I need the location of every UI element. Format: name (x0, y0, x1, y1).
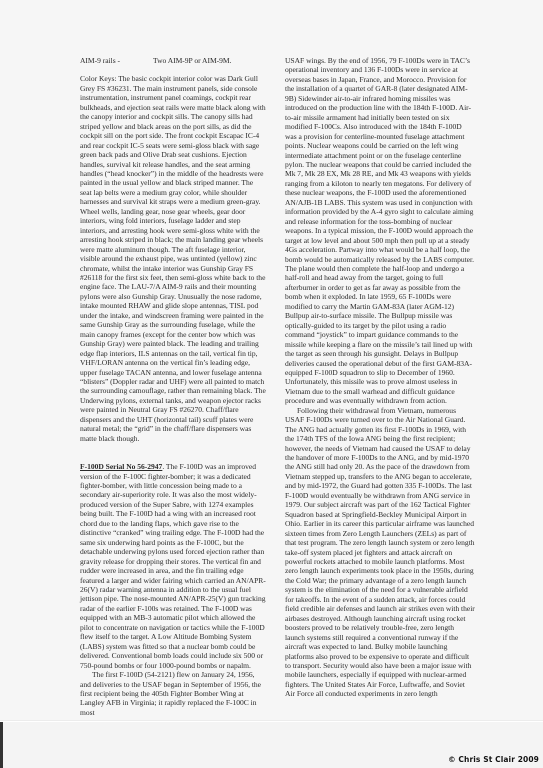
copyright-watermark: © Chris St Clair 2009 (448, 755, 539, 764)
page-left-edge (0, 722, 3, 768)
left-column: AIM-9 rails - Two AIM-9P or AIM-9M. Colo… (80, 56, 266, 717)
right-column: USAF wings. By the end of 1956, 79 F-100… (285, 56, 475, 699)
color-keys-paragraph: Color Keys: The basic cockpit interior c… (80, 74, 266, 443)
usaf-wings-paragraph: USAF wings. By the end of 1956, 79 F-100… (285, 56, 475, 406)
first-flight-paragraph: The first F-100D (54-2121) flew on Janua… (80, 670, 266, 717)
ang-paragraph: Following their withdrawal from Vietnam,… (285, 406, 475, 699)
serial-body: . The F-100D was an improved version of … (80, 462, 266, 670)
spec-label: AIM-9 rails - (80, 56, 153, 65)
scanned-page: AIM-9 rails - Two AIM-9P or AIM-9M. Colo… (0, 0, 543, 722)
serial-paragraph: F-100D Serial No 56-2947. The F-100D was… (80, 462, 266, 670)
spec-row-aim9-rails: AIM-9 rails - Two AIM-9P or AIM-9M. (80, 56, 266, 65)
serial-heading: F-100D Serial No 56-2947 (80, 462, 162, 471)
spec-value: Two AIM-9P or AIM-9M. (153, 56, 231, 65)
page-fold-line (0, 721, 543, 722)
